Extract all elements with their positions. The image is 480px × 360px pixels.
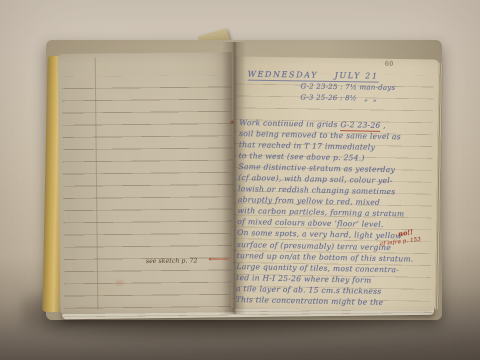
- right-page: 60 WEDNESDAY JULY 21 G-2 23-25 : 7½ man-…: [231, 56, 439, 311]
- handwriting-lines: soil being removed to the same level ast…: [236, 128, 438, 309]
- page-number: 60: [385, 61, 394, 68]
- page-gutter: [222, 42, 246, 314]
- entry-paragraph: Work continued in grids G-2 23-26 , soil…: [236, 117, 438, 309]
- notebook-photo: see sketch p. 72 ⟵ 60 WEDNESDAY JULY 21 …: [0, 0, 480, 360]
- left-page: see sketch p. 72 ⟵: [58, 52, 235, 314]
- sketch-note: see sketch p. 72: [146, 257, 198, 265]
- tally-line: G-3 25-26 : 8½ „ „: [300, 93, 395, 106]
- line1-suffix: ,: [380, 121, 386, 130]
- ruled-lines: [62, 75, 234, 310]
- tally-block: G-2 23-25 : 7½ man-daysG-3 25-26 : 8½ „ …: [300, 81, 395, 105]
